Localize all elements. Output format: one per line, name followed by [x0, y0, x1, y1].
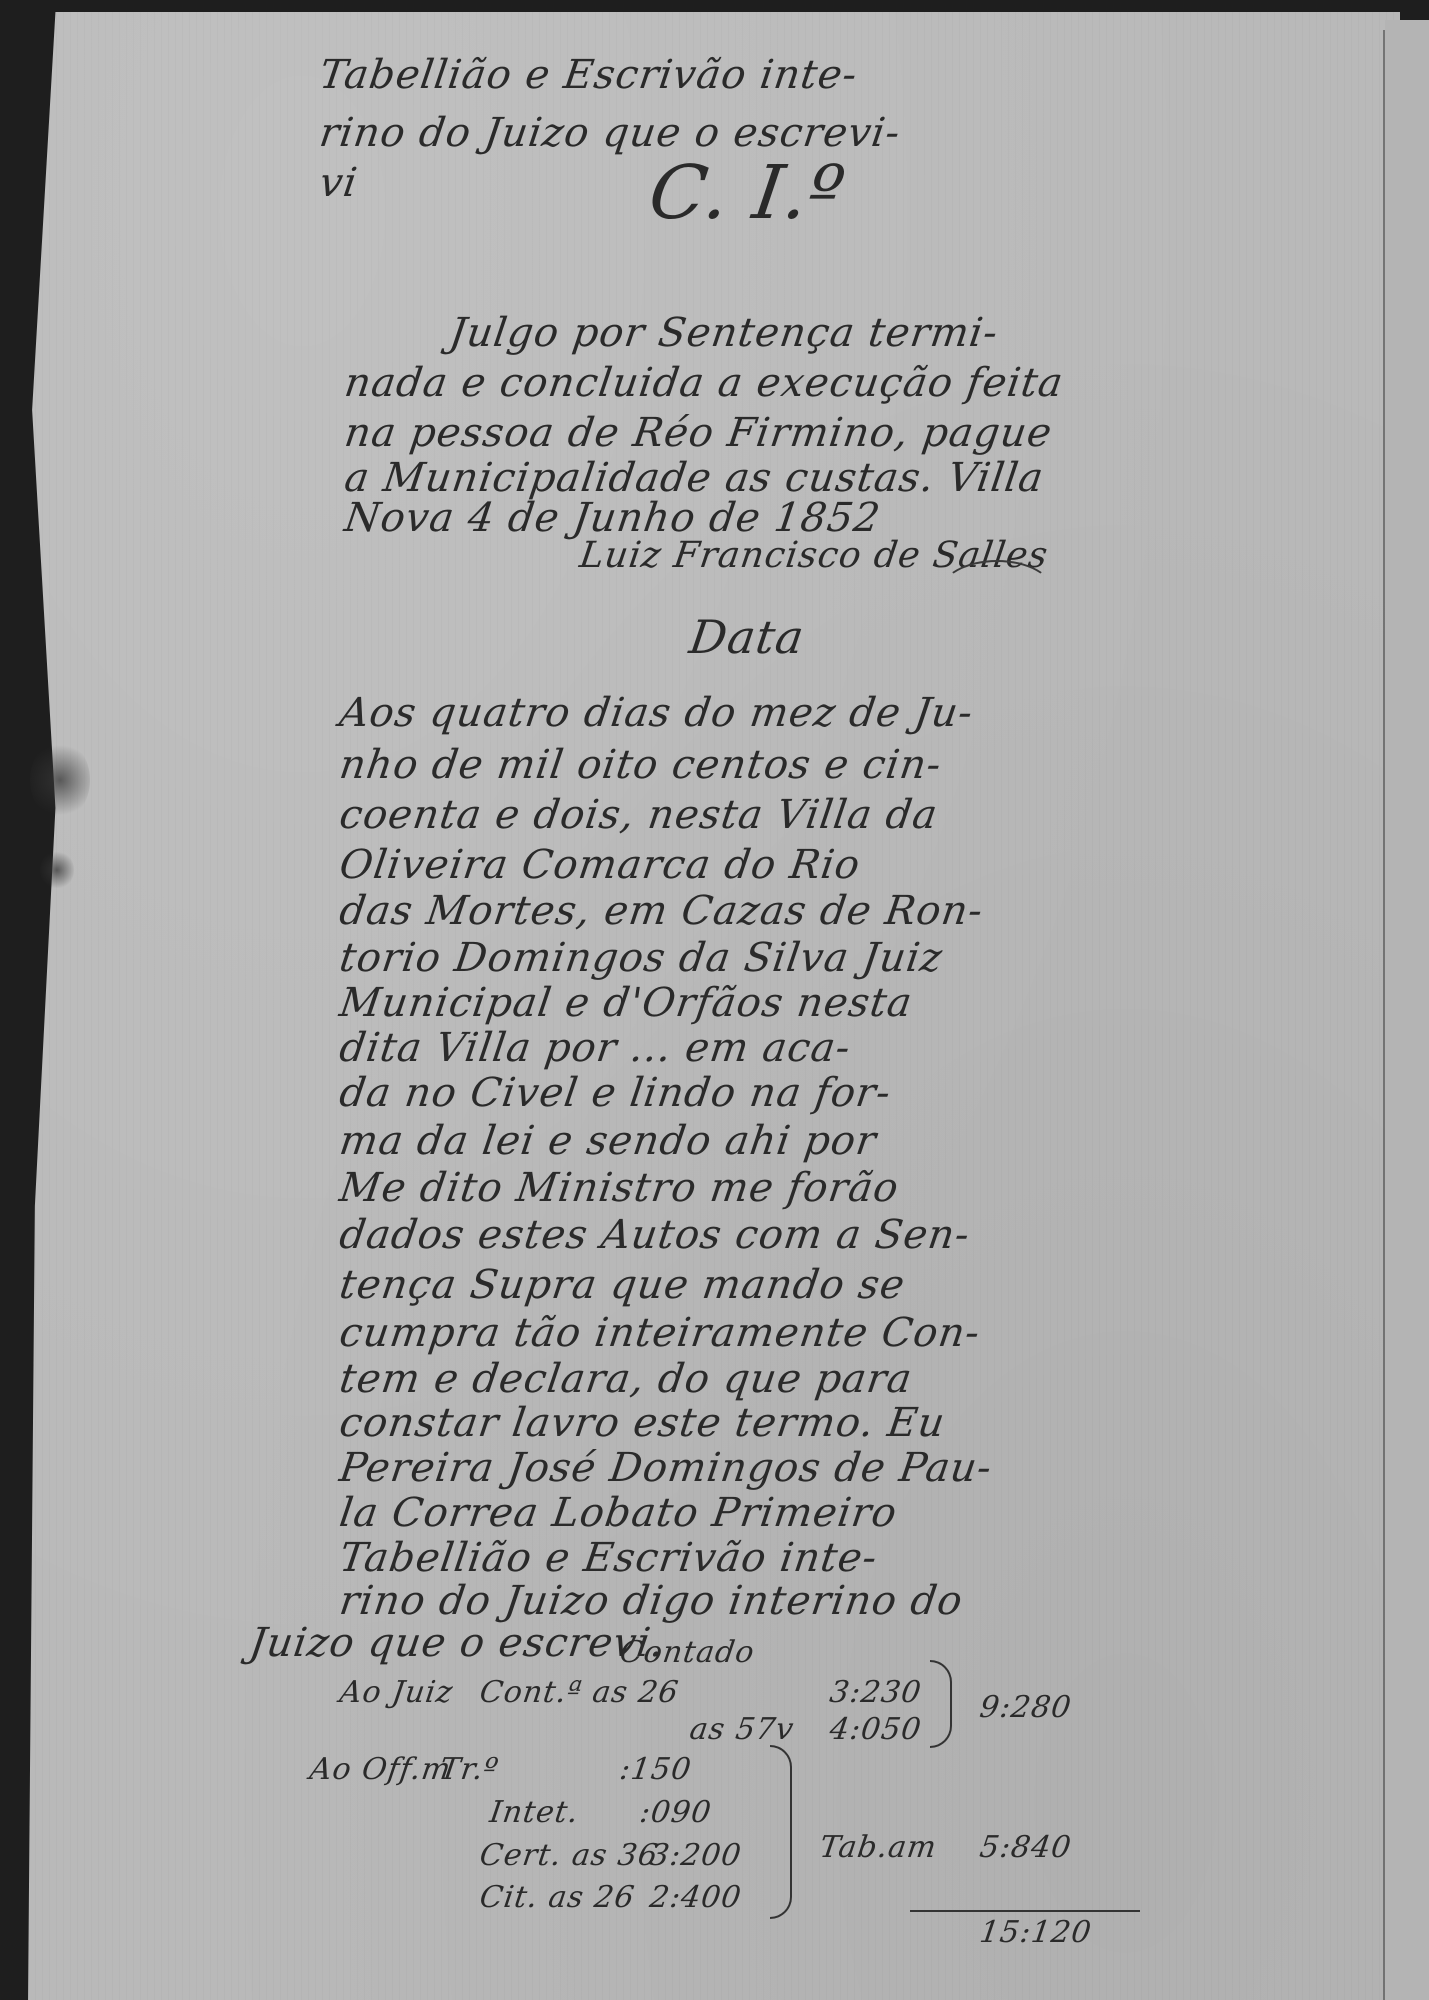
- text-line: nada e concluida a execução feita: [342, 360, 1067, 406]
- text-line: ma da lei e sendo ahi por: [337, 1118, 880, 1164]
- page-fold-line: [1383, 30, 1385, 2000]
- subtotal-label: Tab.am: [818, 1830, 940, 1865]
- text-line: das Mortes, em Cazas de Ron-: [337, 888, 986, 934]
- text-line: torio Domingos da Silva Juiz: [337, 935, 946, 981]
- text-line: vi: [317, 160, 361, 206]
- subtotal-value: 5:840: [978, 1830, 1074, 1865]
- text-line: coenta e dois, nesta Villa da: [337, 792, 941, 838]
- account-value: 4:050: [828, 1712, 924, 1747]
- account-item: Tr.º: [438, 1752, 502, 1787]
- account-value: 3:230: [828, 1675, 924, 1710]
- text-line: la Correa Lobato Primeiro: [337, 1490, 900, 1536]
- adjacent-page-edge: [1385, 20, 1429, 2000]
- text-line: constar lavro este termo. Eu: [337, 1400, 948, 1446]
- total-rule: [910, 1910, 1140, 1912]
- text-line: rino do Juizo digo interino do: [337, 1578, 966, 1624]
- account-item: Intet.: [488, 1795, 581, 1830]
- text-line: dados estes Autos com a Sen-: [337, 1212, 973, 1258]
- ink-stain: [30, 740, 90, 820]
- text-line: tença Supra que mando se: [337, 1262, 908, 1308]
- text-line: da no Civel e lindo na for-: [337, 1070, 894, 1116]
- text-line: Tabellião e Escrivão inte-: [337, 1535, 881, 1581]
- total-value: 15:120: [978, 1915, 1094, 1950]
- account-value: 2:400: [648, 1880, 744, 1915]
- ink-stain: [40, 850, 74, 890]
- account-item: Cont.ª as 26: [478, 1675, 682, 1710]
- text-line: Tabellião e Escrivão inte-: [317, 52, 861, 98]
- closing-mark: C. I.º: [644, 150, 851, 236]
- entry-heading: Data: [686, 610, 808, 664]
- signature-flourish: [940, 560, 1054, 624]
- text-line: dita Villa por ... em aca-: [337, 1025, 854, 1071]
- text-line: nho de mil oito centos e cin-: [337, 742, 945, 788]
- account-party: Ao Juiz: [338, 1675, 456, 1710]
- bracket: [930, 1660, 952, 1748]
- text-line: Municipal e d'Orfãos nesta: [337, 980, 916, 1026]
- text-line: tem e declara, do que para: [337, 1356, 916, 1402]
- account-value: :090: [638, 1795, 714, 1830]
- subtotal-value: 9:280: [978, 1690, 1074, 1725]
- text-line: Oliveira Comarca do Rio: [337, 842, 864, 888]
- text-line: na pessoa de Réo Firmino, pague: [342, 410, 1056, 456]
- account-item: Cert. as 36: [478, 1838, 661, 1873]
- text-line: cumpra tão inteiramente Con-: [337, 1310, 983, 1356]
- text-line: Juizo que o escrevi.: [247, 1620, 668, 1666]
- account-heading: Contado: [618, 1635, 757, 1670]
- account-item: as 57v: [688, 1712, 797, 1747]
- account-value: :150: [618, 1752, 694, 1787]
- bracket: [770, 1745, 792, 1919]
- account-value: 3:200: [648, 1838, 744, 1873]
- text-line: Aos quatro dias do mez de Ju-: [337, 690, 976, 736]
- text-line: Julgo por Sentença termi-: [447, 310, 1001, 356]
- account-party: Ao Off.m: [308, 1752, 454, 1787]
- text-line: Me dito Ministro me forão: [337, 1165, 902, 1211]
- text-line: Pereira José Domingos de Pau-: [337, 1445, 995, 1491]
- account-item: Cit. as 26: [478, 1880, 638, 1915]
